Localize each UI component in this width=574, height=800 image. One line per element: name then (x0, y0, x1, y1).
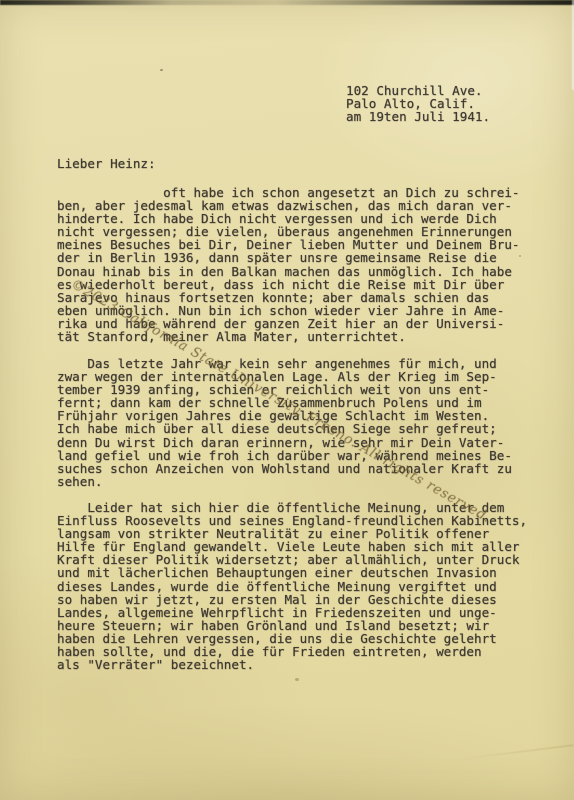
scanned-letter-page: 102 Churchill Ave. Palo Alto, Calif. am … (0, 0, 574, 800)
scan-edge-shadow (0, 0, 574, 5)
sender-address-block: 102 Churchill Ave. Palo Alto, Calif. am … (346, 84, 490, 123)
paper-speck (160, 69, 163, 71)
paper-crease (454, 745, 573, 761)
letter-paragraph-1: oft habe ich schon angesetzt an Dich zu … (57, 186, 520, 343)
salutation: Lieber Heinz: (57, 157, 156, 170)
paper-speck (295, 678, 299, 681)
letter-paragraph-2: Das letzte Jahr war kein sehr angenehmes… (57, 357, 512, 488)
paper-speck (519, 255, 521, 257)
letter-paragraph-3: Leider hat sich hier die öffentliche Mei… (57, 501, 527, 671)
